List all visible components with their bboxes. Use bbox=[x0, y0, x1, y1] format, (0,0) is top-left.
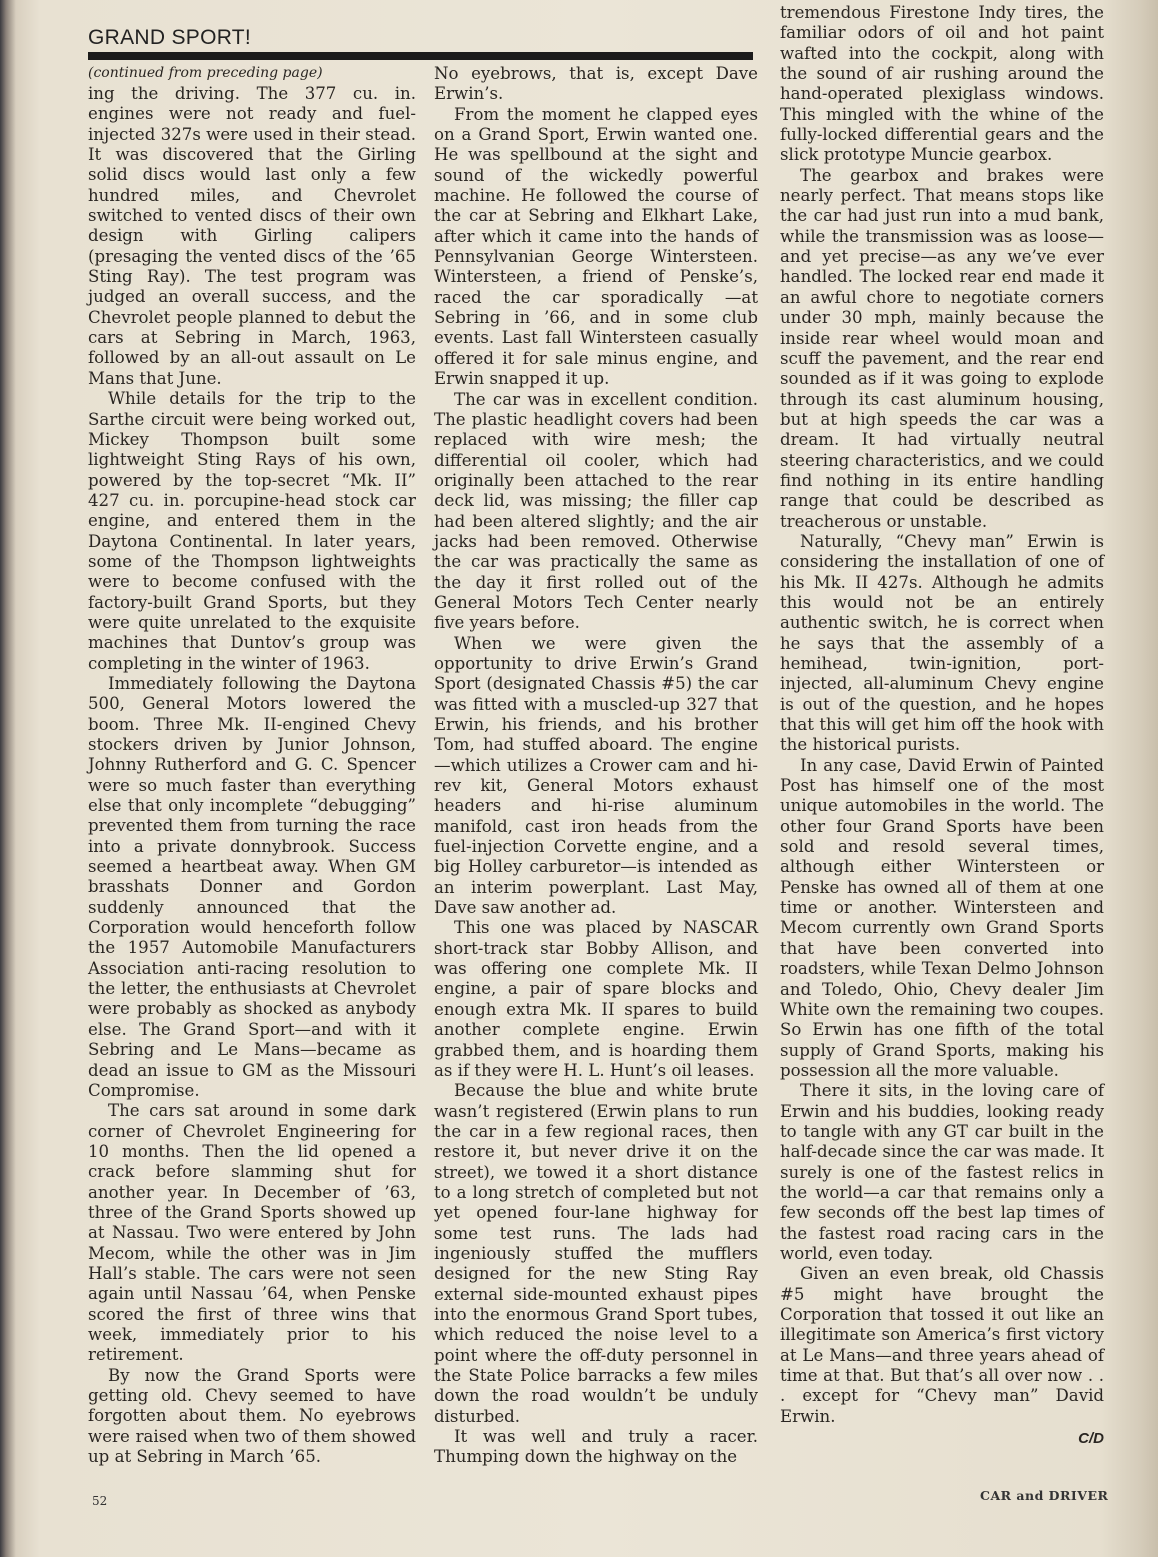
paragraph: The cars sat around in some dark corner … bbox=[88, 1101, 416, 1365]
paragraph: Given an even break, old Chassis #5 migh… bbox=[780, 1264, 1104, 1427]
text-column-2: No eyebrows, that is, except Dave Erwin’… bbox=[434, 64, 758, 1468]
paragraph: tremendous Firestone Indy tires, the fam… bbox=[780, 3, 1104, 166]
paragraph: The gearbox and brakes were nearly perfe… bbox=[780, 166, 1104, 532]
magazine-name: CAR and DRIVER bbox=[980, 1488, 1108, 1503]
paragraph: It was well and truly a racer. Thumping … bbox=[434, 1427, 758, 1468]
paragraph: There it sits, in the loving care of Erw… bbox=[780, 1081, 1104, 1264]
paragraph: By now the Grand Sports were getting old… bbox=[88, 1366, 416, 1468]
text-column-1: (continued from preceding page) ing the … bbox=[88, 64, 416, 1467]
paragraph: ing the driving. The 377 cu. in. engines… bbox=[88, 84, 416, 389]
paragraph: Because the blue and white brute wasn’t … bbox=[434, 1081, 758, 1427]
paragraph: While details for the trip to the Sarthe… bbox=[88, 389, 416, 674]
paragraph: In any case, David Erwin of Painted Post… bbox=[780, 756, 1104, 1082]
continued-note: (continued from preceding page) bbox=[88, 64, 416, 83]
magazine-page: GRAND SPORT! (continued from preceding p… bbox=[0, 0, 1158, 1557]
paragraph: From the moment he clapped eyes on a Gra… bbox=[434, 105, 758, 390]
paragraph: This one was placed by NASCAR short-trac… bbox=[434, 918, 758, 1081]
page-number: 52 bbox=[92, 1494, 107, 1508]
paragraph: When we were given the opportunity to dr… bbox=[434, 634, 758, 919]
cd-end-mark-icon: C/D bbox=[1078, 1429, 1104, 1449]
article-header: GRAND SPORT! bbox=[88, 26, 251, 50]
paragraph: The car was in excellent condition. The … bbox=[434, 390, 758, 634]
paragraph: Immediately following the Daytona 500, G… bbox=[88, 674, 416, 1101]
paragraph: Naturally, “Chevy man” Erwin is consider… bbox=[780, 532, 1104, 756]
text-column-3: tremendous Firestone Indy tires, the fam… bbox=[780, 3, 1104, 1449]
header-rule bbox=[88, 52, 753, 60]
paragraph: No eyebrows, that is, except Dave Erwin’… bbox=[434, 64, 758, 105]
